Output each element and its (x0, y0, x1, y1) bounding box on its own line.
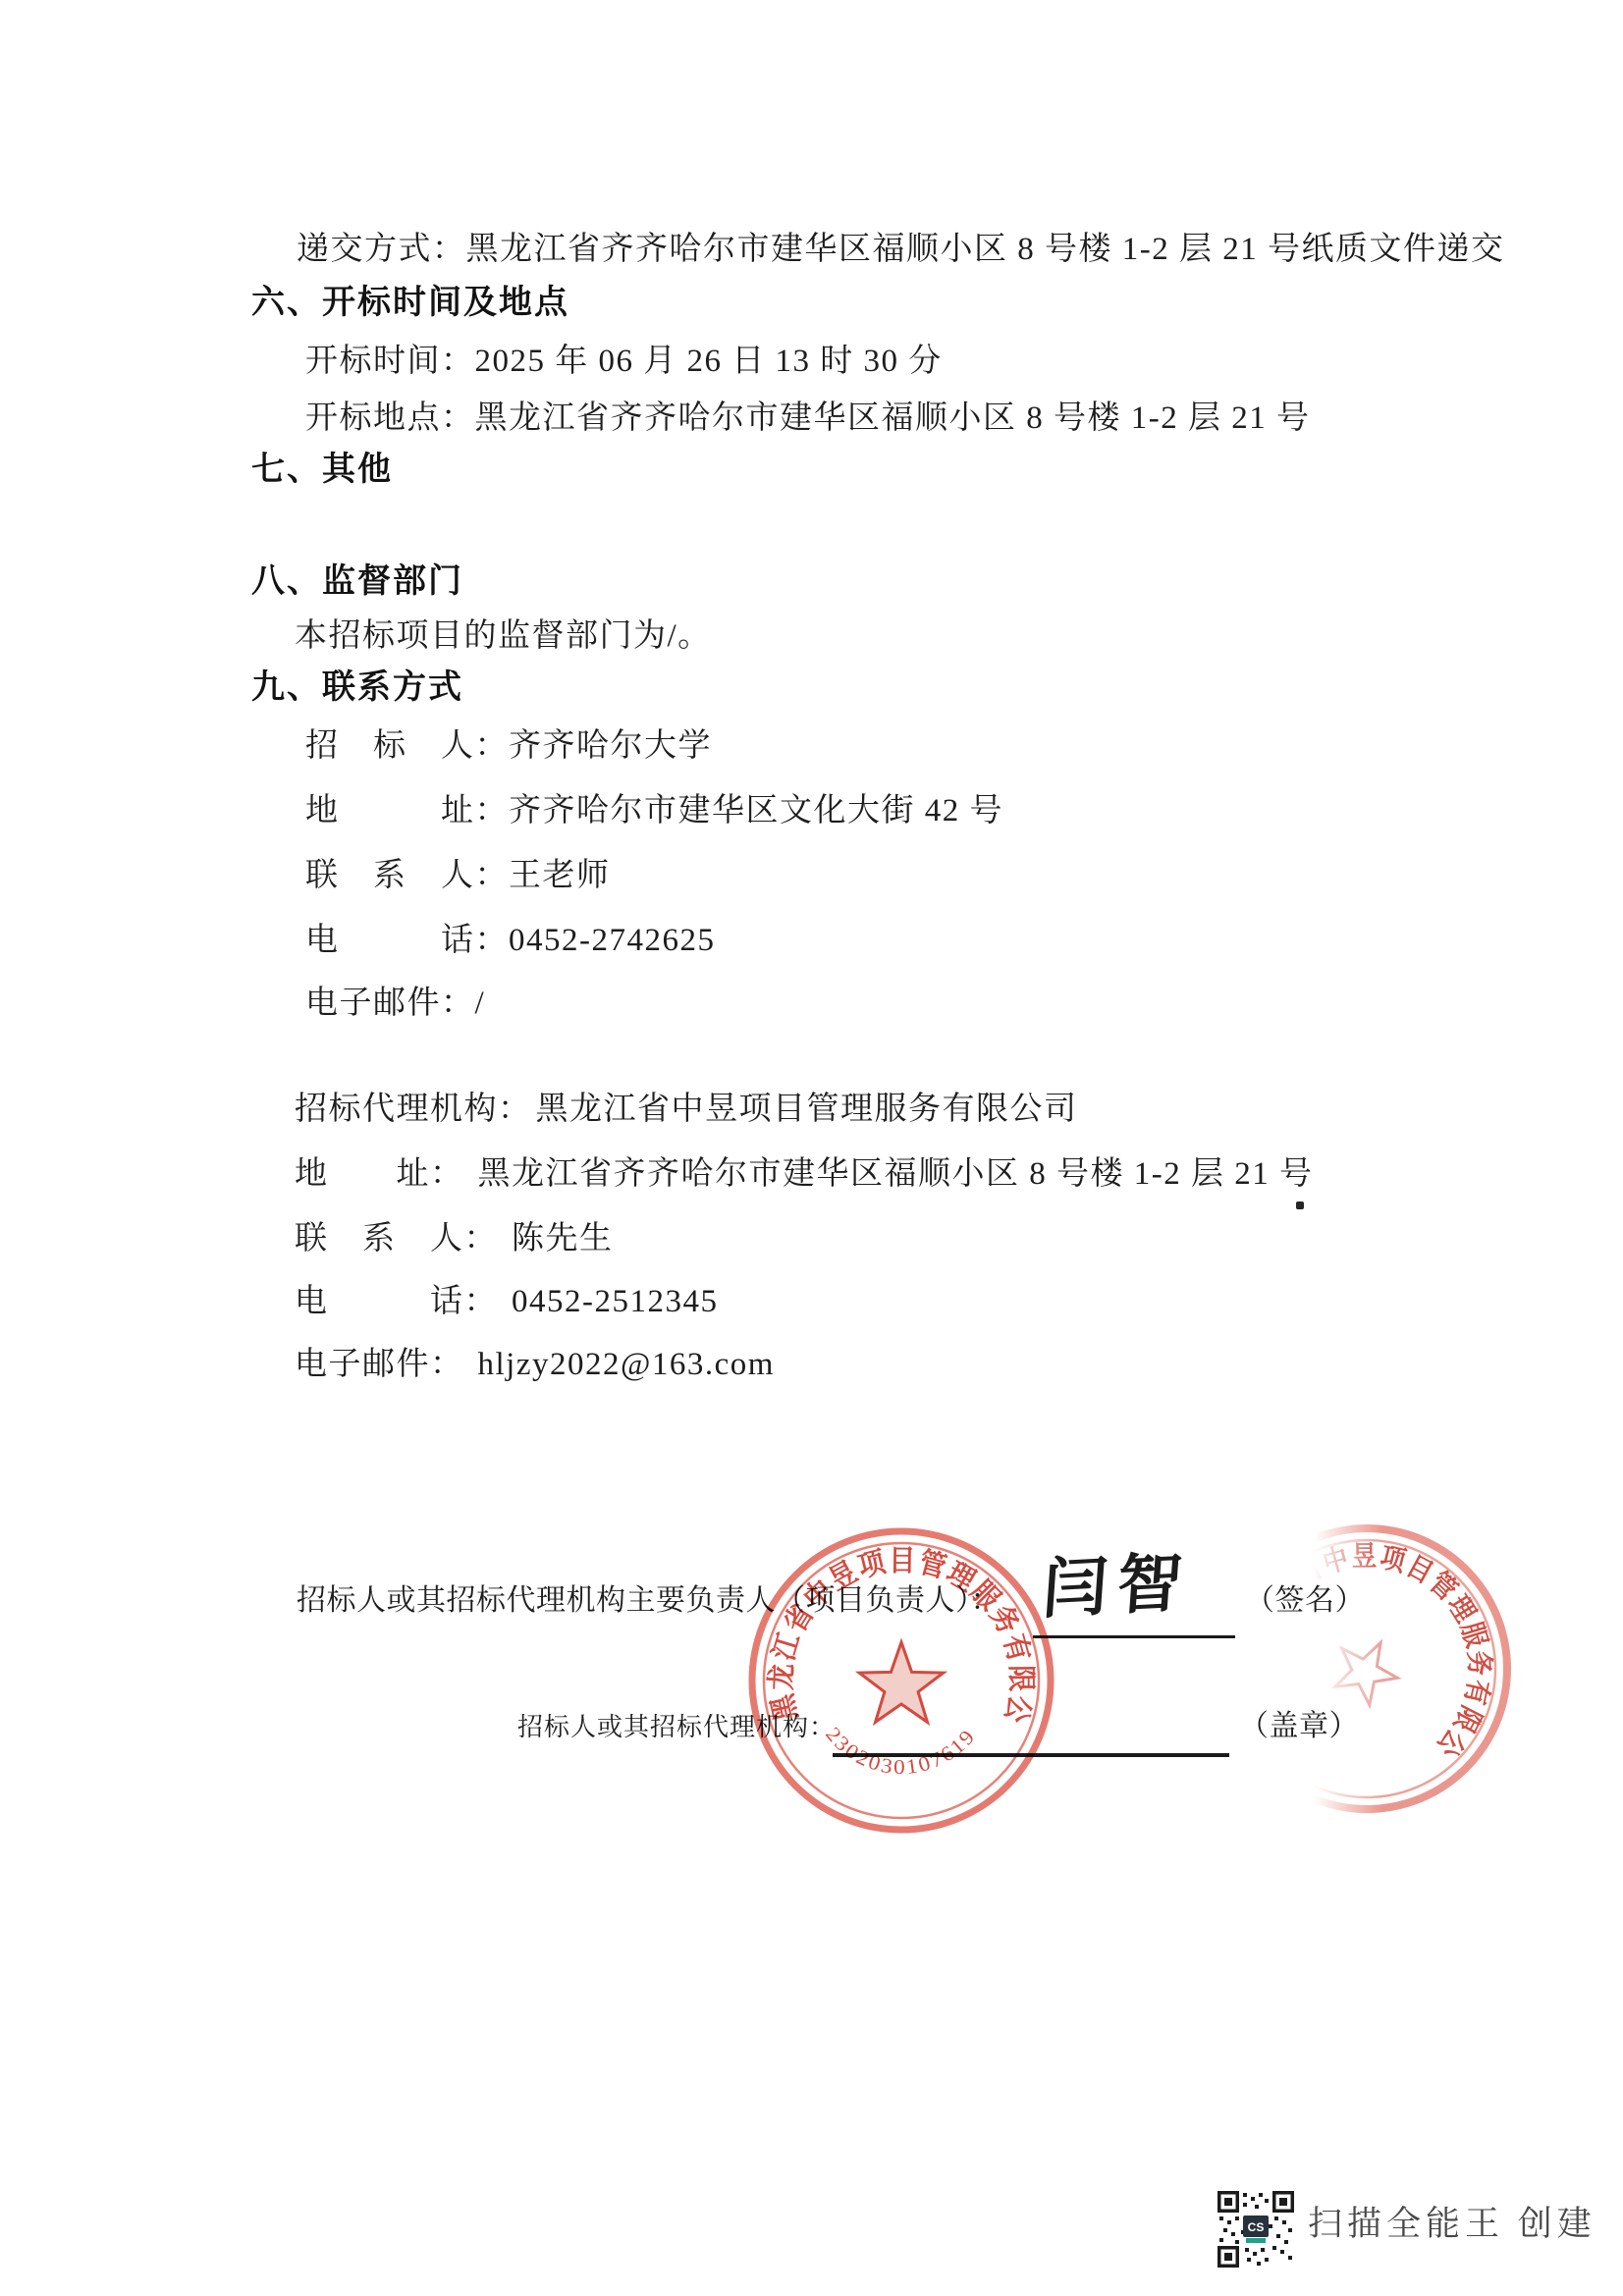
agency-email-row: 电子邮件：hljzy2022@163.com (295, 1347, 775, 1384)
camscanner-badge-icon: CS (1243, 2216, 1269, 2243)
agency-phone-label: 电 话： (295, 1284, 498, 1321)
tenderer-email-row: 电子邮件：/ (305, 986, 485, 1023)
tenderer-name-row: 招 标 人：齐齐哈尔大学 (305, 728, 712, 766)
agency-contact-label: 联 系 人： (295, 1221, 498, 1258)
agency-contact-value: 陈先生 (498, 1221, 614, 1258)
bid-open-time-line: 开标时间：2025 年 06 月 26 日 13 时 30 分 (305, 344, 943, 381)
agency-address-label: 地 址： (295, 1156, 464, 1194)
agency-contact-row: 联 系 人：陈先生 (295, 1221, 614, 1258)
partial-seal-star-icon (1325, 1628, 1408, 1710)
heading-six-bid-opening: 六、开标时间及地点 (251, 285, 569, 321)
svg-text:CS: CS (1248, 2220, 1265, 2234)
agency-phone-value: 0452-2512345 (498, 1284, 719, 1321)
supervision-line: 本招标项目的监督部门为/。 (295, 618, 712, 656)
seal-number-text: 2302030107619 (821, 1723, 980, 1779)
tenderer-phone-label: 电 话： (305, 923, 509, 960)
ink-dot (1296, 1201, 1304, 1209)
seal-star-icon (859, 1642, 944, 1722)
agency-name-row: 招标代理机构：黑龙江省中昱项目管理服务有限公司 (295, 1092, 1078, 1129)
camscanner-created-label: 扫描全能王 创建 (1308, 2207, 1596, 2241)
scanned-document-page: 递交方式：黑龙江省齐齐哈尔市建华区福顺小区 8 号楼 1-2 层 21 号纸质文… (0, 0, 1623, 2296)
tenderer-contact-row: 联 系 人：王老师 (305, 858, 611, 895)
tenderer-email-label: 电子邮件： (305, 986, 475, 1023)
company-seal: 黑龙江省中昱项目管理服务有限公司 2302030107619 (744, 1523, 1058, 1838)
tenderer-address-value: 齐齐哈尔市建华区文化大街 42 号 (509, 793, 1003, 830)
tenderer-address-label: 地 址： (305, 793, 509, 830)
tenderer-address-row: 地 址：齐齐哈尔市建华区文化大街 42 号 (305, 793, 1003, 830)
tenderer-contact-label: 联 系 人： (305, 858, 509, 895)
tenderer-phone-value: 0452-2742625 (509, 923, 716, 960)
agency-email-label: 电子邮件： (295, 1347, 464, 1384)
heading-nine-contact: 九、联系方式 (251, 669, 463, 706)
agency-phone-row: 电 话：0452-2512345 (295, 1284, 719, 1321)
company-seal-partial: 黑龙江省中昱项目管理服务有限公司 (1219, 1522, 1514, 1816)
agency-address-row: 地 址：黑龙江省齐齐哈尔市建华区福顺小区 8 号楼 1-2 层 21 号 (295, 1156, 1314, 1194)
heading-seven-other: 七、其他 (251, 452, 393, 488)
tenderer-phone-row: 电 话：0452-2742625 (305, 923, 716, 960)
tenderer-contact-value: 王老师 (509, 858, 611, 895)
agency-name-label: 招标代理机构： (295, 1092, 532, 1129)
bid-open-place-line: 开标地点：黑龙江省齐齐哈尔市建华区福顺小区 8 号楼 1-2 层 21 号 (305, 400, 1311, 438)
qr-code: CS (1217, 2191, 1294, 2268)
agency-address-value: 黑龙江省齐齐哈尔市建华区福顺小区 8 号楼 1-2 层 21 号 (464, 1156, 1314, 1194)
agency-email-value: hljzy2022@163.com (464, 1347, 775, 1384)
signature-handwriting: 闫智 (1041, 1551, 1194, 1624)
heading-eight-supervision: 八、监督部门 (251, 563, 463, 600)
submission-method-line: 递交方式：黑龙江省齐齐哈尔市建华区福顺小区 8 号楼 1-2 层 21 号纸质文… (297, 232, 1505, 269)
tenderer-name-value: 齐齐哈尔大学 (509, 728, 712, 766)
signature-line (1033, 1635, 1235, 1638)
agency-name-value: 黑龙江省中昱项目管理服务有限公司 (532, 1092, 1078, 1129)
tenderer-email-value: / (475, 986, 486, 1023)
tenderer-name-label: 招 标 人： (305, 728, 509, 766)
